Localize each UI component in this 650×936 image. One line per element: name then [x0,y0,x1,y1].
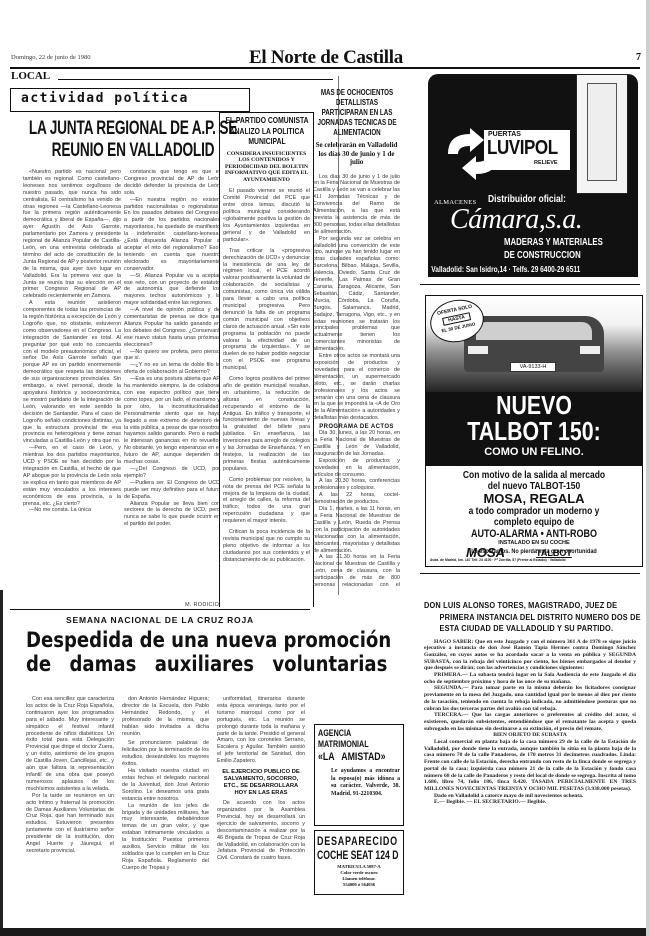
ad-separator [420,573,640,574]
ap-column-2: constancia que tengo es que el Congreso … [124,169,220,528]
ap-byline: M. RODICIO [185,602,219,608]
pce-body: El pasado viernes se reunió el Comité Pr… [220,183,313,563]
luvipol-address-bar: Valladolid: San Isidro,14 · Telfs. 29 64… [428,263,638,277]
programme-list: Día 30, lunes, a las 20 horas, en la Fer… [313,430,400,588]
pce-article-box: EL PARTIDO COMUNISTA ANALIZO LA POLITICA… [219,112,314,607]
luvipol-ad[interactable]: PUERTAS LUVIPOL RELIEVE ALMACENES Distri… [428,74,638,268]
cruzroja-column-1: Con esa sencillez que caracteriza los ac… [26,696,114,855]
talbot-headline-block: NUEVO TALBOT 150: COMO UN FELINO. [426,392,642,466]
section-label: LOCAL [11,70,50,82]
talbot-ad[interactable]: VA-9133-H OFERTA SOLO HASTA EL 30 DE JUN… [425,295,643,567]
ap-column-1: «Nuestro partido es nacional pero tambié… [23,169,121,514]
pce-headline: EL PARTIDO COMUNISTA ANALIZO LA POLITICA… [221,115,314,147]
pce-subheadline: CONSIDERA INSUFICIENTES LOS CONTENIDOS Y… [220,151,313,184]
section-rule [58,79,333,80]
tagline-2: DE CONSTRUCCION [504,250,581,261]
luvipol-logo-box: PUERTAS LUVIPOL RELIEVE [484,130,570,170]
masthead: El Norte de Castilla [201,47,451,69]
camara-brand: Cámara,s.a. [450,204,582,236]
cruzroja-top-rule [10,609,310,610]
rubric-label: actividad política [21,91,189,106]
jornadas-subheadline: Se celebrarán en Valladolid los días 30 … [313,141,400,167]
rubric-box: actividad política [10,88,250,112]
page-bottom-edge [0,928,650,936]
issue-date: Domingo, 22 de junio de 1980 [11,54,90,61]
page-number: 7 [636,52,641,63]
amistad-ad[interactable]: AGENCIA MATRIMONIAL «LA AMISTAD» Le ayud… [314,724,404,826]
cruzroja-subheadline: EL EJERCICIO PUBLICO DE SALVAMENTO, SOCO… [217,769,305,797]
header-rule [10,67,640,69]
jornadas-body: Los días 30 de junio y 1 de julio en la … [313,174,400,423]
juzgado-notice: DON LUIS ALONSO TORES, MAGISTRADO, JUEZ … [424,600,636,806]
seat-ad[interactable]: DESAPARECIDO COCHE SEAT 124 D MATRICULA … [314,830,404,895]
page-right-edge [646,0,650,936]
ad-separator [420,284,640,285]
cruzroja-column-3: uniformidad, itinerarios durante esta ép… [217,696,305,862]
amistad-name: «LA AMISTAD» [318,751,406,763]
juzgado-body: HAGO SABER: Que en este Juzgado y con el… [424,639,636,807]
cruzroja-column-2: don Antonio Hernández Higuera; director … [122,696,209,872]
page-left-edge [0,590,3,936]
tagline-1: MADERAS Y MATERIALES [504,237,603,248]
license-plate: VA-9133-H [510,362,556,372]
talbot-promo: Con motivo de la salida al mercado del n… [426,470,642,556]
door-illustration [576,74,628,194]
jornadas-article: MAS DE OCHOCIENTOS DETALLISTAS PARTICIPA… [313,88,400,588]
talbot-footer: Avda. de Madrid, km. 187 Telf. 23 4100 ·… [430,557,634,562]
ap-headline: LA JUNTA REGIONAL DE A.P. SE REUNIO EN V… [14,118,252,162]
jornadas-headline: MAS DE OCHOCIENTOS DETALLISTAS PARTICIPA… [313,88,400,138]
cruzroja-headline: Despedida de una nueva promoción de dama… [26,628,316,676]
cruzroja-kicker: SEMANA NACIONAL DE LA CRUZ ROJA [10,615,310,625]
juzgado-headline: DON LUIS ALONSO TORES, MAGISTRADO, JUEZ … [424,600,650,635]
